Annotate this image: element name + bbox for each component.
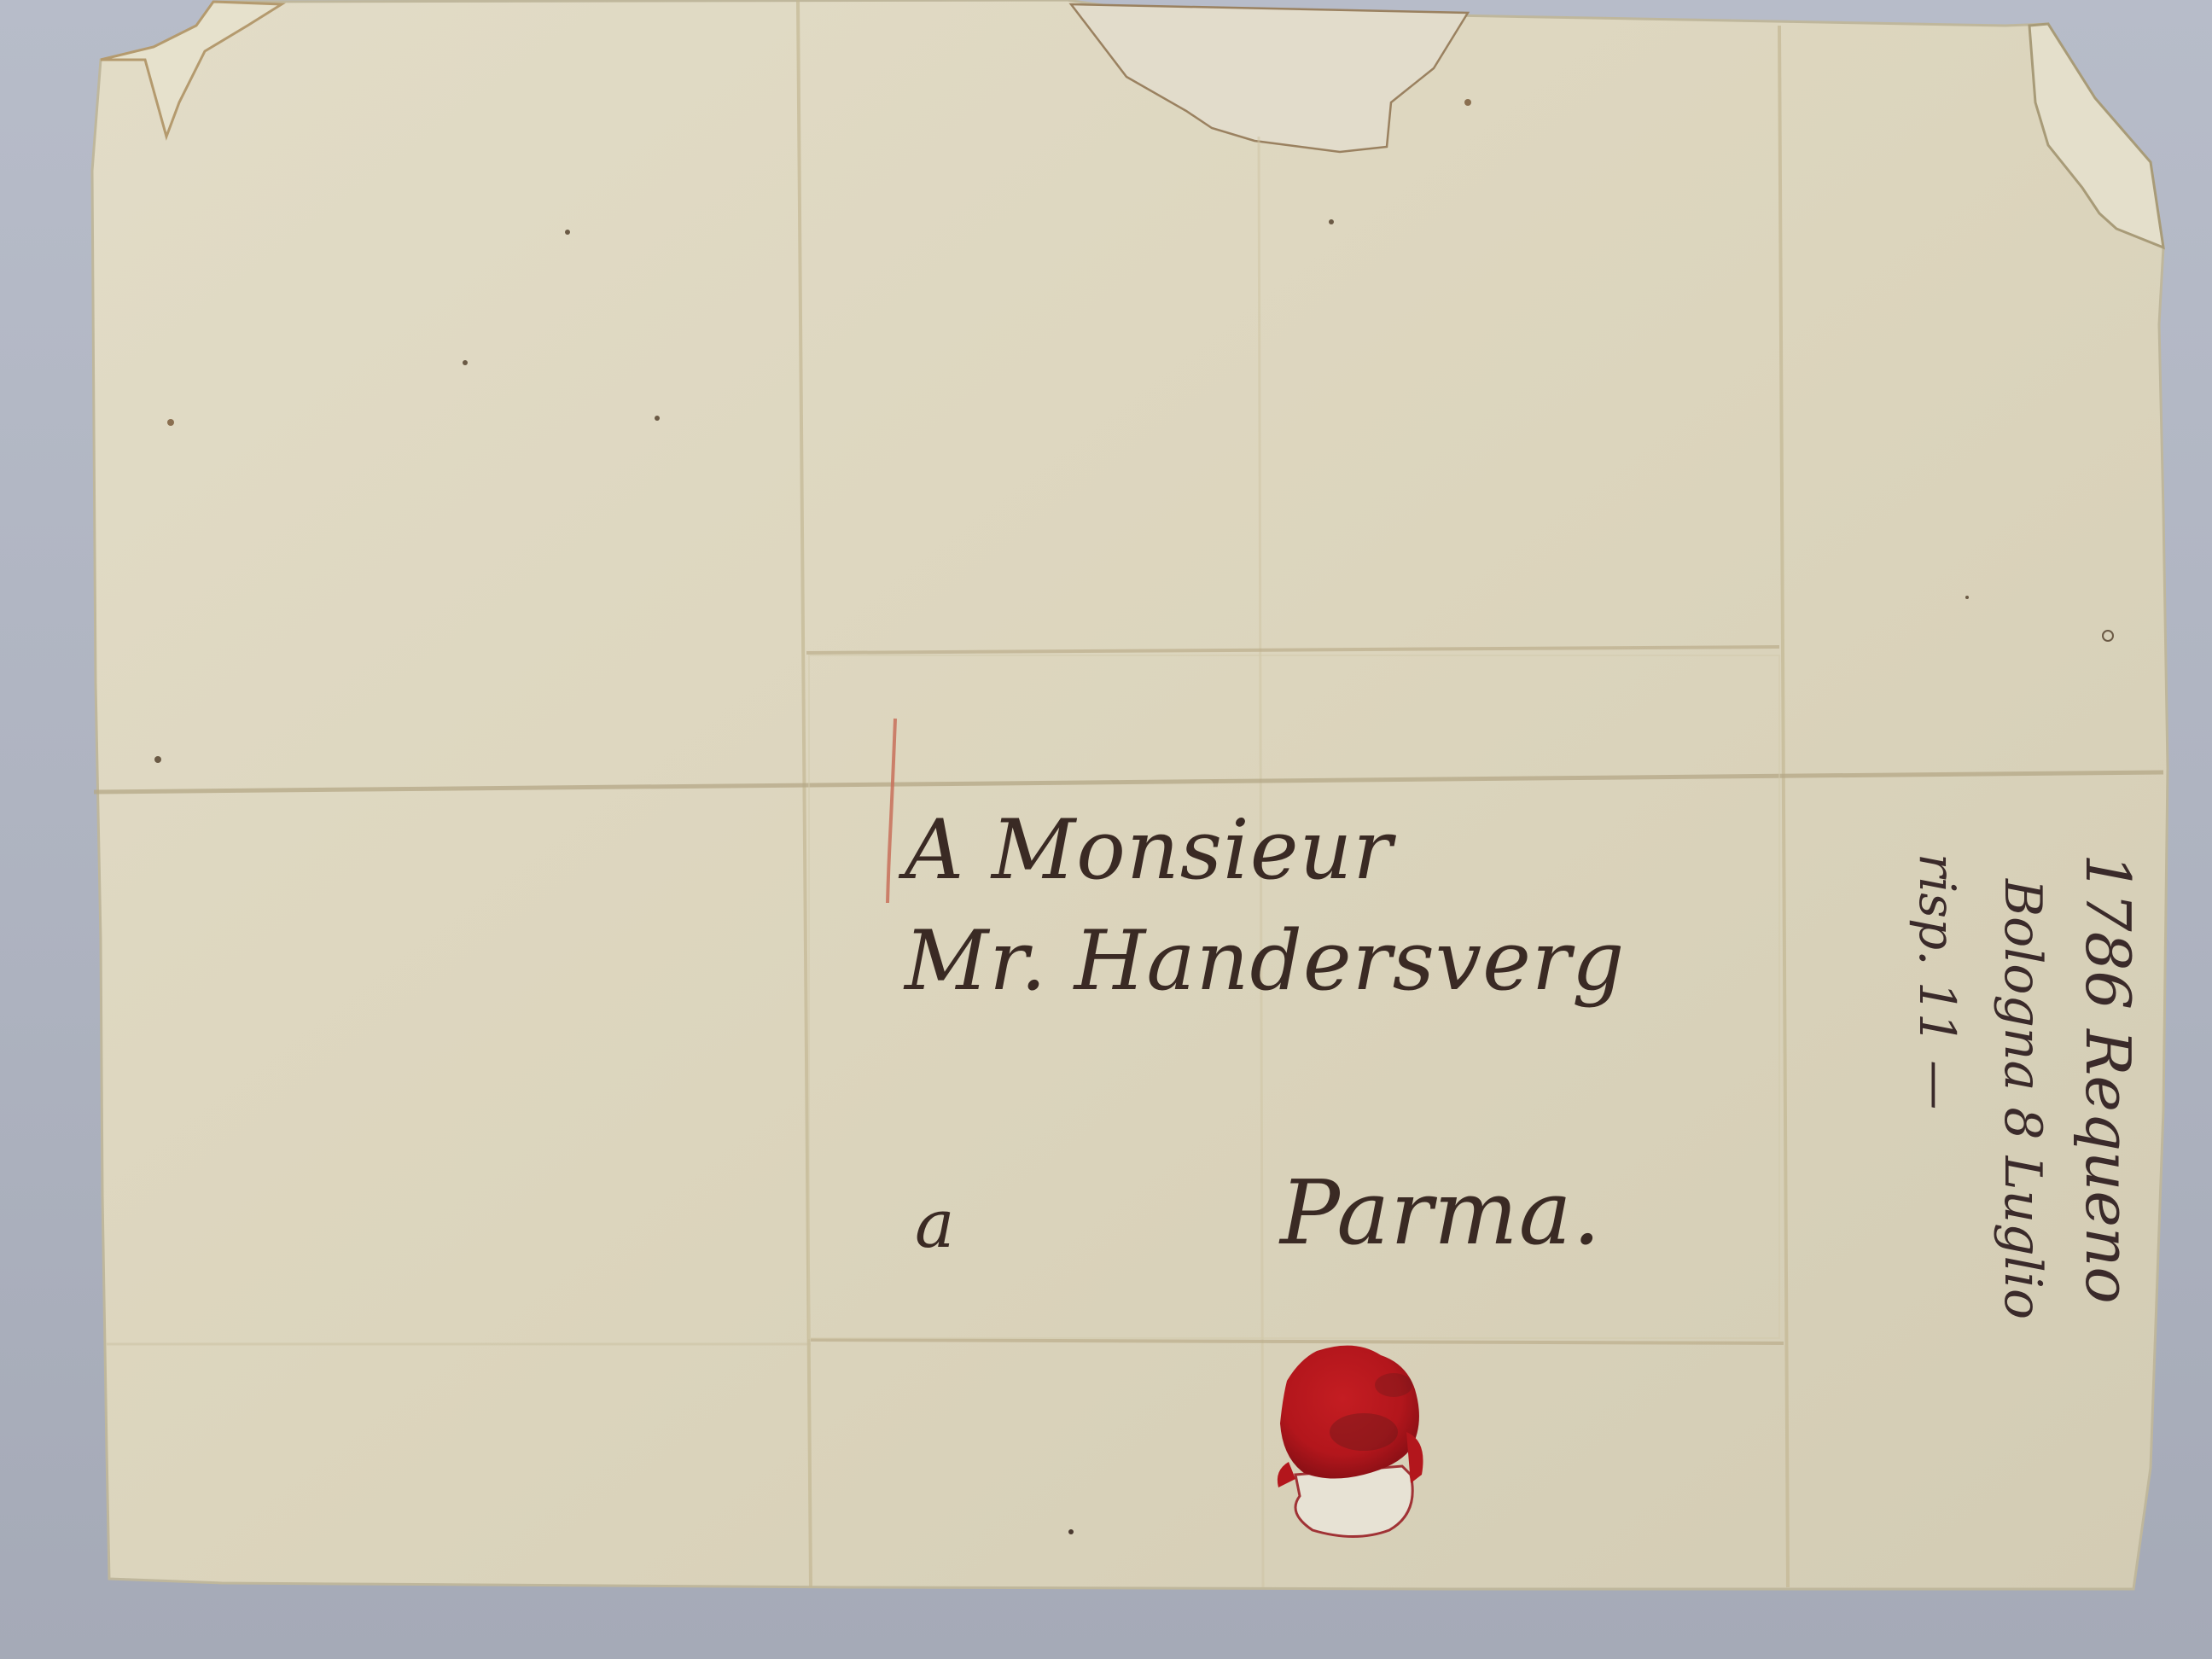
paper-sheet — [92, 0, 2168, 1589]
address-preposition: a — [915, 1186, 956, 1263]
docket-year-sender: 1786 Requeno — [2065, 853, 2151, 1319]
photo-stage: A Monsieur Mr. Handersverg a Parma. 1786… — [0, 0, 2212, 1659]
address-city: Parma. — [1280, 1161, 1602, 1265]
address-recipient-name: Mr. Handersverg — [905, 913, 1625, 1009]
docket-place-date: Bologna 8 Luglio — [1980, 853, 2065, 1319]
address-salutation: A Monsieur — [905, 802, 1393, 898]
docket-annotation: 1786 Requeno Bologna 8 Luglio risp. 11 — — [1895, 853, 2151, 1319]
docket-reply-note: risp. 11 — — [1895, 853, 1980, 1319]
wax-seal — [1236, 1338, 1441, 1543]
red-crayon-mark — [886, 717, 898, 905]
